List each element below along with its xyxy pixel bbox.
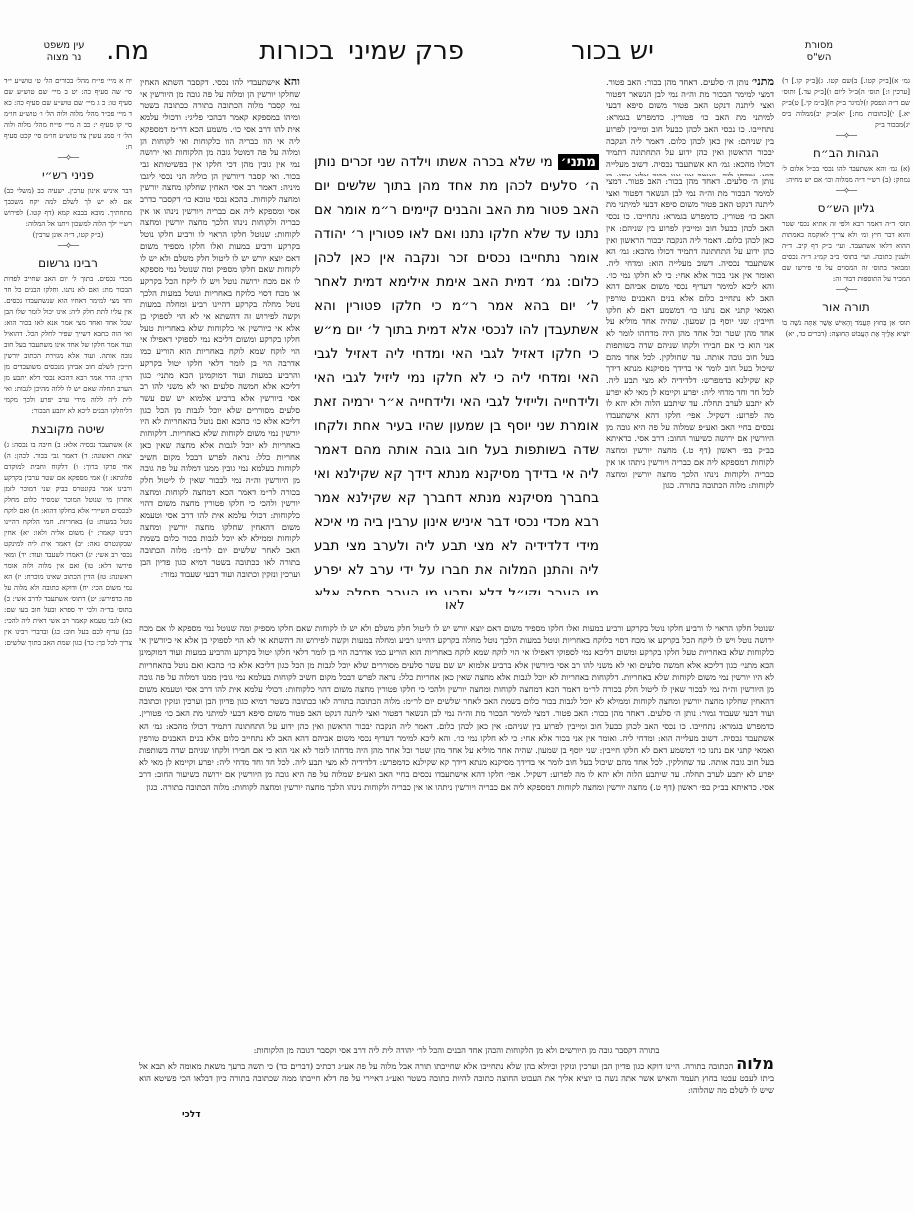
bottom-commentary: שנוטל חלקו הראוי לו ורביע חלקו נוטל בקרק… [139, 622, 774, 1042]
tosafot-text-top: נותן ה׳ סלעים. דאחד מהן בכור: האב פטור. … [606, 77, 774, 176]
right-margin: גמ׳ א)[ב״ק קטו.] ב)שם קטו. ג)[ב״ק קו.] ד… [782, 76, 910, 496]
penei-rashi-text: דבר איניש אינון ערבין. ישעיה כב (משלי כב… [4, 186, 132, 230]
hagahot-habach-text: (א) גמ׳ והא אשתעבד להו נכסי בב״ל אלום ל׳… [782, 164, 910, 186]
ner-mitzvah-label: נר מצוה [29, 52, 99, 64]
masoret-hashas-text: גמ׳ א)[ב״ק קטו.] ב)שם קטו. ג)[ב״ק קו.] ד… [782, 76, 910, 131]
tosafot-column: נותן ה׳ סלעים. דאחד מהן בכור: האב פטור. … [606, 176, 774, 626]
ornament-divider: —⟡— [4, 153, 132, 163]
hashas-label: הש"ס [784, 52, 854, 64]
hagahot-habach-title: הגהות הב״ח [782, 145, 910, 161]
torah-or-text: תוס׳ אִן בַּחוּץ תַּעֲמֹד וְהָאִישׁ אֲשֶ… [782, 318, 910, 340]
rashi-text: אישתעבדי להו נכסי. דקסבר השתא האחין שחלק… [140, 77, 300, 239]
ornament-divider: —⟡— [4, 241, 132, 251]
rashi-heading: והא [284, 76, 300, 88]
gemara-catchword: לאו [445, 598, 465, 613]
ein-mishpat-text: יח א מיי׳ פי״ח מהל׳ בכורים הל׳ ט׳ טוש״ע … [4, 76, 132, 153]
left-margin: יח א מיי׳ פי״ח מהל׳ בכורים הל׳ ט׳ טוש״ע … [4, 76, 132, 976]
rabbeinu-gershom-text: מכדי נכסים. בתוך ל׳ יום האב שחייב לפדות … [4, 274, 132, 417]
ornament-divider: —⟡— [782, 186, 910, 196]
ornament-divider: —⟡— [782, 131, 910, 141]
gemara-body: מי שלא בכרה אשתו וילדה שני זכרים נותן ה׳… [314, 154, 599, 595]
penei-rashi-note: (ב״ק קטו, ד״ה אונן ערבין) [4, 230, 132, 241]
tosafot-text: נותן ה׳ סלעים. דאחד מהן בכור: האב פטור. … [606, 176, 774, 490]
bottom-commentary-text: שנוטל חלקו הראוי לו ורביע חלקו נוטל בקרק… [139, 623, 774, 718]
page-catchword: דלכי [182, 1110, 200, 1120]
shita-mekubetzet-title: שיטה מקובצת [4, 421, 132, 437]
talmud-page: מסורת הש"ס יש בכור פרק שמיני בכורות מח. … [0, 0, 914, 1213]
rashi-column: והא אישתעבדי להו נכסי. דקסבר השתא האחין … [140, 76, 300, 626]
rashi-text-cont: שנוטל חלקו הראוי לו ורביע חלקו נוטל בקרק… [140, 229, 300, 578]
torah-or-title: תורה אור [782, 299, 910, 315]
tosafot-heading: מתני׳ [752, 76, 774, 88]
bottom-closing-line: בתורה דקסבר גובה מן היורשים ולא מן הלקוח… [139, 1044, 774, 1058]
bottom-final-paragraph: מלוה הכתובה בתורה. היינו דוקא כגון פדיון… [139, 1058, 774, 1108]
penei-rashi-title: פניני רש״י [4, 167, 132, 183]
gilyon-hashas-text: תוס׳ ד״ה דאמר רבא ולפי זה אתיא נכסי שטר … [782, 219, 910, 285]
gilyon-hashas-title: גליון הש״ס [782, 200, 910, 216]
tosafot-top: מתני׳ נותן ה׳ סלעים. דאחד מהן בכור: האב … [606, 76, 774, 176]
bottom-final-text: הכתובה בתורה. היינו דוקא כגון פדיון הבן … [139, 1061, 774, 1095]
rabbeinu-gershom-title: רבינו גרשום [4, 255, 132, 271]
ein-mishpat-heading: עין משפט נר מצוה [29, 40, 99, 64]
shita-mekubetzet-text: א) אשתעבד נכסיה אלא: ב) חיבה בו נכסה: ג)… [4, 440, 132, 649]
mishnah-label: מתני׳ [558, 154, 599, 170]
perek-title: פרק שמיני [348, 36, 464, 66]
chapter-name: יש בכור [571, 36, 654, 66]
bottom-commentary-text-2: נותן ה׳ סלעים. דאחד מהן בכור: האב פטור. … [139, 708, 774, 791]
dibbur-hamatchil-malveh: מלוה [736, 1058, 774, 1073]
tractate-title: בכורות [259, 36, 334, 66]
ein-mishpat-label: עין משפט [29, 40, 99, 52]
ornament-divider: —⟡— [782, 285, 910, 295]
gemara-main-text: מתני׳ מי שלא בכרה אשתו וילדה שני זכרים נ… [314, 150, 599, 595]
page-header: מסורת הש"ס יש בכור פרק שמיני בכורות מח. … [0, 36, 914, 66]
folio-number: מח. [106, 36, 149, 66]
masoret-hashas-heading: מסורת הש"ס [784, 40, 854, 64]
masoret-label: מסורת [784, 40, 854, 52]
